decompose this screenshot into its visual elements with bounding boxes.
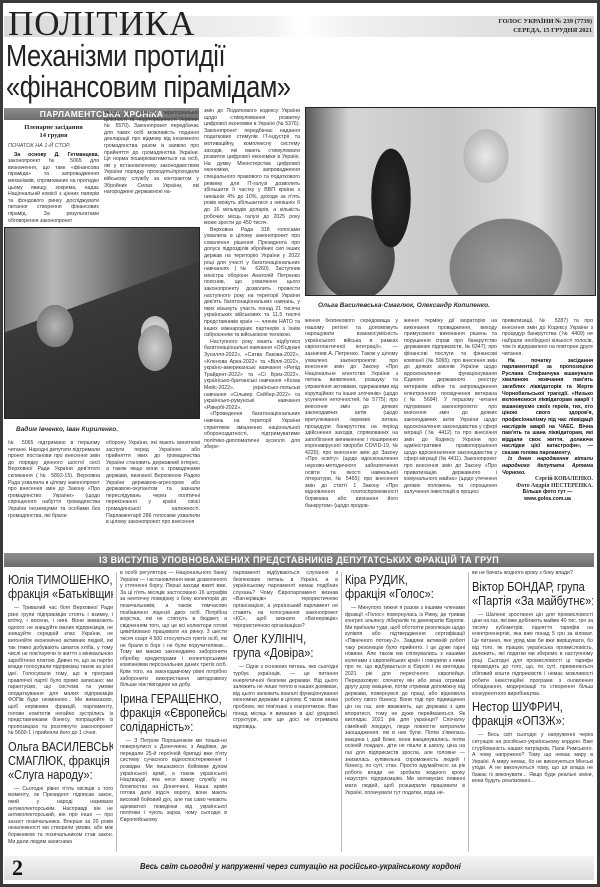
photo-ivchenko-kyrylenko <box>4 227 200 419</box>
speaker-name: Олег КУЛІНІЧ, група «Довіра»: <box>233 632 322 660</box>
author-signature: Сергій КОВАЛЕНКО. <box>502 476 593 483</box>
photo-vasylevska-kopylenko <box>305 107 596 296</box>
faction-column-2: в особі регулятора — Національного банку… <box>120 570 227 853</box>
speaker-name: Віктор БОНДАР, група «Партія «За майбутн… <box>472 580 575 608</box>
section-title: ПОЛІТИКА <box>8 6 195 42</box>
speaker-name: Ірина ГЕРАЩЕНКО, фракція «Європейська со… <box>120 692 211 734</box>
photo-1-caption: Вадим Івченко, Іван Кириленко. <box>16 426 118 433</box>
speaker-name: Кіра РУДИК, фракція «Голос»: <box>345 573 447 601</box>
faction-column-3: парламенті відбуваються слухання з безпе… <box>233 570 338 853</box>
article-column-2: участь у захисті територіальної ціліснос… <box>104 110 199 224</box>
speaker-name: Нестор ШУФРИЧ, фракція «ОПЗЖ»: <box>472 700 575 728</box>
article-column-lower-6: приватизації, № 5287) та про внесення зм… <box>502 318 593 550</box>
article-headline: Механізми протидії «фінансовим пірамідам… <box>6 40 291 102</box>
more-photos-note: Більше фото тут — <box>502 489 593 496</box>
website-link[interactable]: www.golos.com.ua <box>502 496 593 503</box>
column-divider <box>116 572 117 852</box>
article-column-lower-1: № 5065 підтримано в першому читанні. Нар… <box>8 440 100 548</box>
page-number: 2 <box>12 856 23 880</box>
faction-column-4: Кіра РУДИК, фракція «Голос»: — Минулого … <box>345 570 465 853</box>
issue-info: ГОЛОС УКРАЇНИ № 239 (7739) СЕРЕДА, 15 ГР… <box>499 17 592 35</box>
rubric-factions: ІЗ ВИСТУПІВ УПОВНОВАЖЕНИХ ПРЕДСТАВНИКІВ … <box>4 553 594 567</box>
issue-date: СЕРЕДА, 15 ГРУДНЯ 2021 <box>499 26 592 35</box>
article-column-lower-2: оборону України, які мають виняткові зас… <box>106 440 200 548</box>
speaker-name: Ольга ВАСИЛЕВСЬКА- СМАГЛЮК, фракція «Слу… <box>8 740 97 782</box>
faction-column-1: Юлія ТИМОШЕНКО, фракція «Батьківщина»: —… <box>8 570 113 853</box>
article-column-3: змін до Податкового кодексу України щодо… <box>204 108 300 548</box>
session-title: Пленарне засідання 14 грудня <box>8 124 99 140</box>
issue-number: ГОЛОС УКРАЇНИ № 239 (7739) <box>499 17 592 26</box>
speaker-name: Юлія ТИМОШЕНКО, фракція «Батьківщина»: <box>8 573 97 601</box>
faction-column-5: ви не бачать жодного кроку з боку влади?… <box>472 570 593 853</box>
article-column-lower-4: ження безпекового середовища у нашому ре… <box>305 318 398 548</box>
photo-2-caption: Ольга Василевська-Смаглюк, Олександр Коп… <box>318 302 490 309</box>
column-divider <box>468 572 469 852</box>
column-divider <box>341 572 342 852</box>
footer-tagline: Весь світ сьогодні у напруженні через си… <box>140 862 461 871</box>
continuation-note: ПОЧАТОК НА 1-Й СТОР. <box>8 143 99 150</box>
article-column-lower-5: ження терміну дії мораторію на виконання… <box>404 318 497 548</box>
article-column-1: Пленарне засідання 14 грудня ПОЧАТОК НА … <box>8 124 99 224</box>
